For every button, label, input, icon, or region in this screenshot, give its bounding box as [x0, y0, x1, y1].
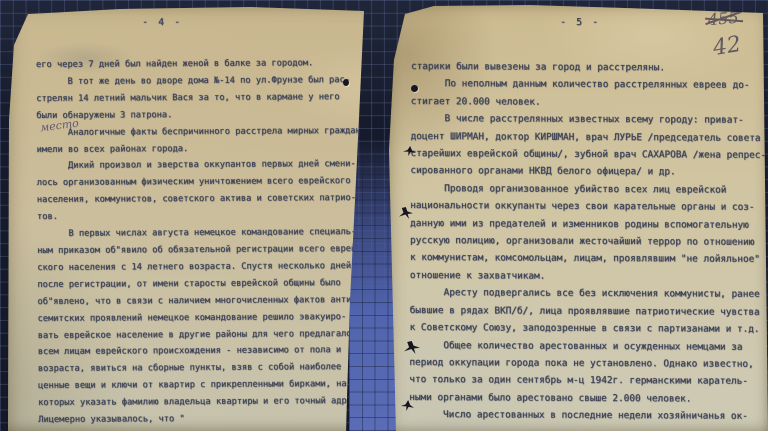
text-line: возраста, явиться на сборные пункты, взя…	[38, 359, 362, 378]
text-line: отношение к захватчикам.	[410, 267, 766, 286]
document-scan-viewport: - 4 - его через 7 дней был найден женой …	[0, 0, 768, 431]
text-line: период оккупации города пока не установл…	[409, 354, 765, 373]
typed-text-block: его через 7 дней был найден женой в балк…	[36, 55, 363, 429]
text-line: старики были вывезены за город и расстре…	[411, 58, 767, 77]
text-line: русскую полицию, организовали жесточайши…	[410, 232, 766, 251]
text-line: были обнаружены 3 патрона.	[36, 106, 360, 125]
text-line: семитских проявлений немецкое командован…	[38, 309, 362, 328]
text-line: стрелян 14 летний мальчик Вася за то, чт…	[36, 89, 360, 108]
text-line: всем лицам еврейского происхождения - не…	[38, 342, 362, 361]
text-line: сированного органами НКВД белого офицера…	[410, 162, 766, 181]
text-line: тов.	[37, 207, 361, 226]
text-line: доцент ШИРМАН, доктор КИРШМАН, врач ЛУРЬ…	[411, 128, 767, 147]
text-line: Число арестованных в последние недели хо…	[409, 406, 765, 425]
text-line: В тот же день во дворе дома №-14 по ул.Ф…	[36, 72, 360, 91]
text-line: его через 7 дней был найден женой в балк…	[36, 55, 360, 74]
page-number: - 5 -	[560, 17, 600, 28]
punch-hole	[411, 85, 418, 92]
typed-text-block: старики были вывезены за город и расстре…	[409, 58, 767, 425]
text-line: лось организованным физическим уничтожен…	[37, 173, 361, 192]
text-line: после регистрации, от имени старосты евр…	[37, 275, 361, 294]
text-line: ными органами было арестовано свыше 2.00…	[409, 389, 765, 408]
handwritten-sheet-number: 42	[711, 32, 743, 61]
text-line: которых указать фамилию владельца кварти…	[38, 393, 362, 412]
text-line: В первых числах августа немецкое командо…	[37, 224, 361, 243]
punch-hole	[343, 79, 349, 86]
text-line: вать еврейское население в другие районы…	[38, 326, 362, 345]
text-line: Дикий произвол и зверства оккупантов пер…	[37, 156, 361, 175]
text-line: По неполным данным количество расстрелян…	[411, 75, 767, 94]
scanned-page-4: - 4 - его через 7 дней был найден женой …	[0, 0, 384, 431]
text-line: старейших еврейской общины/, зубной врач…	[410, 145, 766, 164]
text-line: Проводя организованное убийство всех лиц…	[410, 180, 766, 199]
text-line: Общее количество арестованных и осужденн…	[409, 336, 765, 355]
text-line: к коммунистам, комсомольцам, лицам, проя…	[410, 249, 766, 268]
text-line: ным приказом об"явило об обязательной ре…	[37, 241, 361, 260]
text-line: бывшие в рядах ВКП/б/, лица проявлявшие …	[410, 302, 766, 321]
text-line: Лицемерно указывалось, что "	[38, 410, 362, 429]
handwritten-crossed-number: 455	[707, 8, 739, 30]
text-line: ценные вещи и ключи от квартир с прикреп…	[38, 376, 362, 395]
text-line: что только за один сентябрь м-ц 1942г. г…	[409, 371, 765, 390]
text-line: об"явлено, что в связи с наличием многоч…	[37, 292, 361, 311]
text-line: национальности оккупанты через свои кара…	[410, 197, 766, 216]
text-line: Аналогичные факты беспричинного расстрел…	[36, 123, 360, 142]
scanned-page-5: - 5 - старики были вывезены за город и р…	[384, 0, 768, 431]
text-line: ского населения с 14 летнего возраста. С…	[37, 258, 361, 277]
text-line: данную ими из предателей и изменников ро…	[410, 215, 766, 234]
page-number: - 4 -	[142, 17, 182, 28]
text-line: В числе расстрелянных известных всему го…	[411, 110, 767, 129]
text-line: имели во всех районах города.	[37, 140, 361, 159]
text-line: стигает 20.000 человек.	[411, 93, 767, 112]
text-line: населения, коммунистов, советского актив…	[37, 190, 361, 209]
text-line: Аресту подвергались все без исключения к…	[410, 284, 766, 303]
text-line: к Советскому Союзу, заподозренные в связ…	[410, 319, 766, 338]
